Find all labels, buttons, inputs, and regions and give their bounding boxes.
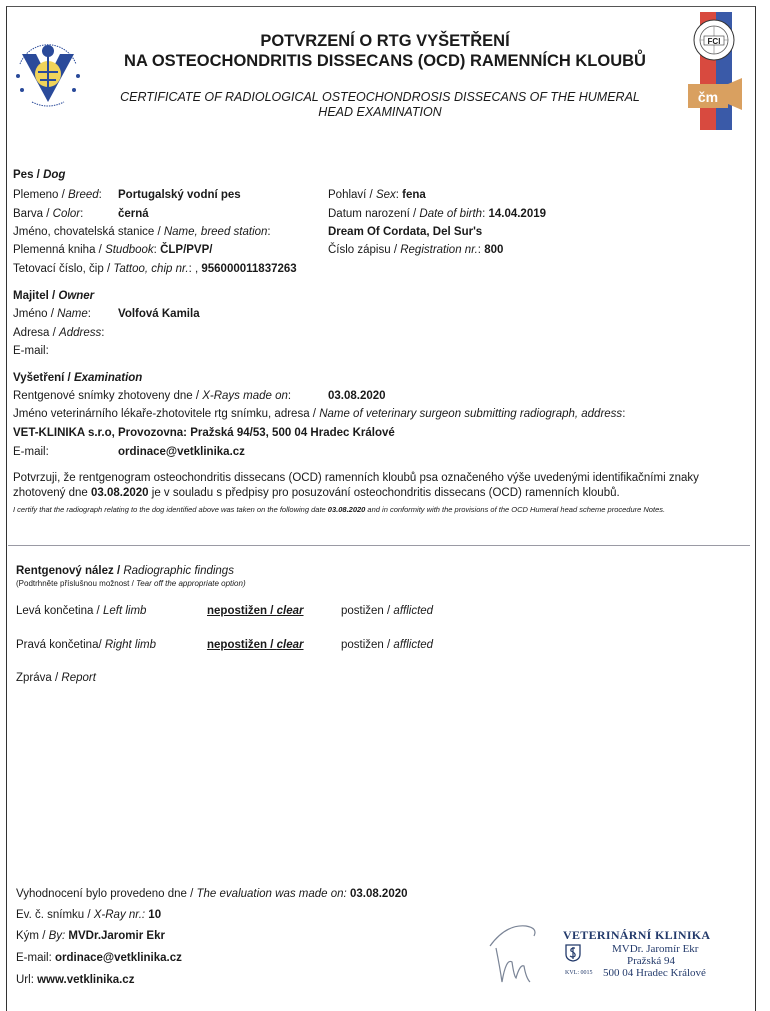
stamp-kvl: KVL: 0015 <box>565 970 593 976</box>
stamp-city: 500 04 Hradec Králové <box>603 967 706 979</box>
dog-name-value: Dream Of Cordata, Del Sur's <box>328 226 482 238</box>
evaluated-by-field: Kým / By: MVDr.Jaromir Ekr <box>16 930 165 942</box>
registration-field: Číslo zápisu / Registration nr.: 800 <box>328 244 503 256</box>
owner-name-label: Jméno / Name: <box>13 308 91 320</box>
evaluation-email-field: E-mail: ordinace@vetklinika.cz <box>16 952 182 964</box>
title-line-1: POTVRZENÍ O RTG VYŠETŘENÍ <box>0 32 770 51</box>
right-limb-afflicted-option[interactable]: postižen / afflicted <box>341 639 433 651</box>
sex-field: Pohlaví / Sex: fena <box>328 189 426 201</box>
breed-value: Portugalský vodní pes <box>118 189 241 201</box>
xray-nr-field: Ev. č. snímku / X-Ray nr.: 10 <box>16 909 161 921</box>
xray-date-label: Rentgenové snímky zhotoveny dne / X-Rays… <box>13 390 291 402</box>
name-breed-station-label: Jméno, chovatelská stanice / Name, breed… <box>13 226 271 238</box>
xray-date-value: 03.08.2020 <box>328 390 386 402</box>
section-divider <box>8 545 750 546</box>
dog-heading: Pes / Dog <box>13 169 65 181</box>
color-value: černá <box>118 208 149 220</box>
vet-value: VET-KLINIKA s.r.o, Provozovna: Pražská 9… <box>13 427 395 439</box>
stamp-street: Pražská 94 <box>627 955 675 967</box>
certification-en: I certify that the radiograph relating t… <box>13 504 743 515</box>
title-line-2: NA OSTEOCHONDRITIS DISSECANS (OCD) RAMEN… <box>0 52 770 71</box>
right-limb-clear-option[interactable]: nepostižen / clear <box>207 639 304 651</box>
evaluation-date-field: Vyhodnocení bylo provedeno dne / The eva… <box>16 888 408 900</box>
left-limb-afflicted-option[interactable]: postižen / afflicted <box>341 605 433 617</box>
right-limb-label: Pravá končetina/ Right limb <box>16 639 156 651</box>
subtitle: CERTIFICATE OF RADIOLOGICAL OSTEOCHONDRO… <box>110 90 650 120</box>
owner-email-label: E-mail: <box>13 345 49 357</box>
stamp-title: VETERINÁRNÍ KLINIKA <box>563 928 710 943</box>
breed-label: Plemeno / Breed: <box>13 189 102 201</box>
owner-address-label: Adresa / Address: <box>13 327 104 339</box>
clinic-shield-icon <box>565 944 581 962</box>
color-label: Barva / Color: <box>13 208 83 220</box>
chip-field: Tetovací číslo, čip / Tattoo, chip nr.: … <box>13 263 297 275</box>
svg-text:čm: čm <box>698 89 718 105</box>
fci-cmku-logo-icon: FCI čm <box>686 12 746 130</box>
left-limb-label: Levá končetina / Left limb <box>16 605 146 617</box>
evaluation-url-field: Url: www.vetklinika.cz <box>16 974 134 986</box>
left-limb-clear-option[interactable]: nepostižen / clear <box>207 605 304 617</box>
certification-cz: Potvrzuji, že rentgenogram osteochondrit… <box>13 471 743 501</box>
vet-email-label: E-mail: <box>13 446 49 458</box>
examination-heading: Vyšetření / Examination <box>13 372 142 384</box>
findings-heading: Rentgenový nález / Radiographic findings <box>16 565 234 577</box>
studbook-field: Plemenná kniha / Studbook: ČLP/PVP/ <box>13 244 212 256</box>
dob-field: Datum narození / Date of birth: 14.04.20… <box>328 208 546 220</box>
owner-heading: Majitel / Owner <box>13 290 94 302</box>
findings-instruction: (Podtrhněte příslušnou možnost / Tear of… <box>16 579 246 588</box>
stamp-doctor: MVDr. Jaromír Ekr <box>612 943 698 955</box>
vet-email-value: ordinace@vetklinika.cz <box>118 446 245 458</box>
vet-label: Jméno veterinárního lékaře-zhotovitele r… <box>13 408 625 420</box>
owner-name-value: Volfová Kamila <box>118 308 200 320</box>
signature-icon <box>486 918 550 986</box>
report-label: Zpráva / Report <box>16 672 96 684</box>
